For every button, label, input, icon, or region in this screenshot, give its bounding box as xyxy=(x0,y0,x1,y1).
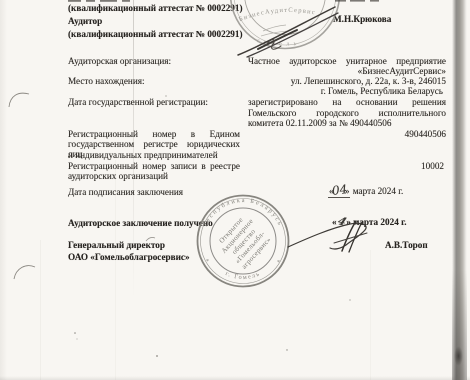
egr-label-line-1: Регистрационный номер в Едином xyxy=(68,129,240,139)
scan-bottom-edge-shade xyxy=(0,376,470,380)
registry-number: 10002 xyxy=(380,161,444,171)
signing-date-label: Дата подписания заключения xyxy=(68,187,183,197)
org-value-line-2: «БизнесАудитСервис» xyxy=(248,66,446,76)
address-label: Место нахождения: xyxy=(68,76,145,86)
director-position-line-2: ОАО «Гомельоблагросервис» xyxy=(68,252,190,262)
org-label: Аудиторская организация: xyxy=(68,56,171,66)
signing-date-value: «04» марта 2024 г. xyxy=(328,186,403,196)
signing-date-tail: марта 2024 г. xyxy=(350,186,403,196)
auditor-name: М.Н.Крюкова xyxy=(333,14,391,24)
company-stamp-center-line-3: общество xyxy=(230,227,257,256)
director-name: А.В.Тороп xyxy=(385,240,428,250)
address-value-line-1: ул. Лепешинского, д. 22а, к. 3-в, 246015 xyxy=(248,76,446,86)
svg-text:гомель: гомель xyxy=(256,38,301,47)
auditor-org-stamp: БизнесАудитСервис гомель xyxy=(231,0,340,49)
egr-number: 490440506 xyxy=(380,129,446,139)
attestation-line-1: (квалификационный аттестат № 0002291) xyxy=(68,3,243,13)
stray-curve-mark-upper xyxy=(9,93,29,107)
stray-curve-mark-lower xyxy=(14,266,35,279)
received-label: Аудиторское заключение получено xyxy=(68,218,213,228)
egr-label-line-3: и индивидуальных предпринимателей xyxy=(68,150,218,160)
company-stamp-center-line-4: «Гомельобл- xyxy=(234,229,267,265)
paper-crease-right xyxy=(370,250,371,380)
state-reg-value-line-2: Гомельского городского исполнительного xyxy=(248,108,446,118)
company-stamp-ring-bottom-text: г. Гомель xyxy=(224,270,261,281)
company-stamp: Республика Беларусь г. Гомель * * Открыт… xyxy=(198,196,289,287)
company-stamp-center-line-1: Открытое xyxy=(218,216,245,245)
state-reg-value-line-3: комитета 02.11.2009 за № 490440506 xyxy=(248,118,391,128)
director-position-line-1: Генеральный директор xyxy=(68,240,165,250)
company-stamp-ring-top-text: Республика Беларусь xyxy=(202,197,284,228)
scan-left-edge-shade xyxy=(0,0,7,380)
received-date-value: «4» марта 2024 г. xyxy=(332,217,407,227)
cut-text-remnants-top xyxy=(68,0,379,2)
company-stamp-center-line-2: Акционерное xyxy=(220,217,255,255)
auditor-stamp-arc-text: БизнесАудитСервис xyxy=(238,7,317,23)
paper-crease-left xyxy=(40,240,41,380)
registry-label-line-2: аудиторских организаций xyxy=(68,171,168,181)
scanned-audit-report-page: (квалификационный аттестат № 0002291) Ау… xyxy=(0,0,470,380)
company-stamp-separator-left: * xyxy=(206,259,209,265)
attestation-line-2: (квалификационный аттестат № 0002291) xyxy=(68,29,243,39)
state-reg-value-line-1: зарегистрировано на основании решения xyxy=(248,97,446,107)
company-stamp-separator-right: * xyxy=(277,260,280,266)
company-stamp-center-line-5: агросервис» xyxy=(240,235,273,270)
address-value-line-2: г. Гомель, Республика Беларусь xyxy=(248,86,443,96)
scan-right-stripe-blob xyxy=(454,346,463,366)
received-date-tail: марта 2024 г. xyxy=(351,217,407,227)
signing-date-quoted-day: «04» xyxy=(328,186,350,198)
registry-label-line-1: Регистрационный номер записи в реестре xyxy=(68,161,240,171)
auditor-title: Аудитор xyxy=(68,16,102,26)
auditor-signature xyxy=(238,7,338,57)
scan-artifacts xyxy=(9,0,379,357)
org-value-line-1: Частное аудиторское унитарное предприяти… xyxy=(248,56,446,66)
svg-text:Республика Беларусь: Республика Беларусь xyxy=(202,197,284,228)
handwritten-day-04: 04 xyxy=(331,185,347,195)
svg-text:БизнесАудитСервис: БизнесАудитСервис xyxy=(238,7,317,23)
auditor-stamp-bottom-text: гомель xyxy=(256,38,301,47)
svg-text:г. Гомель: г. Гомель xyxy=(224,270,261,281)
state-reg-label: Дата государственной регистрации: xyxy=(68,97,208,107)
